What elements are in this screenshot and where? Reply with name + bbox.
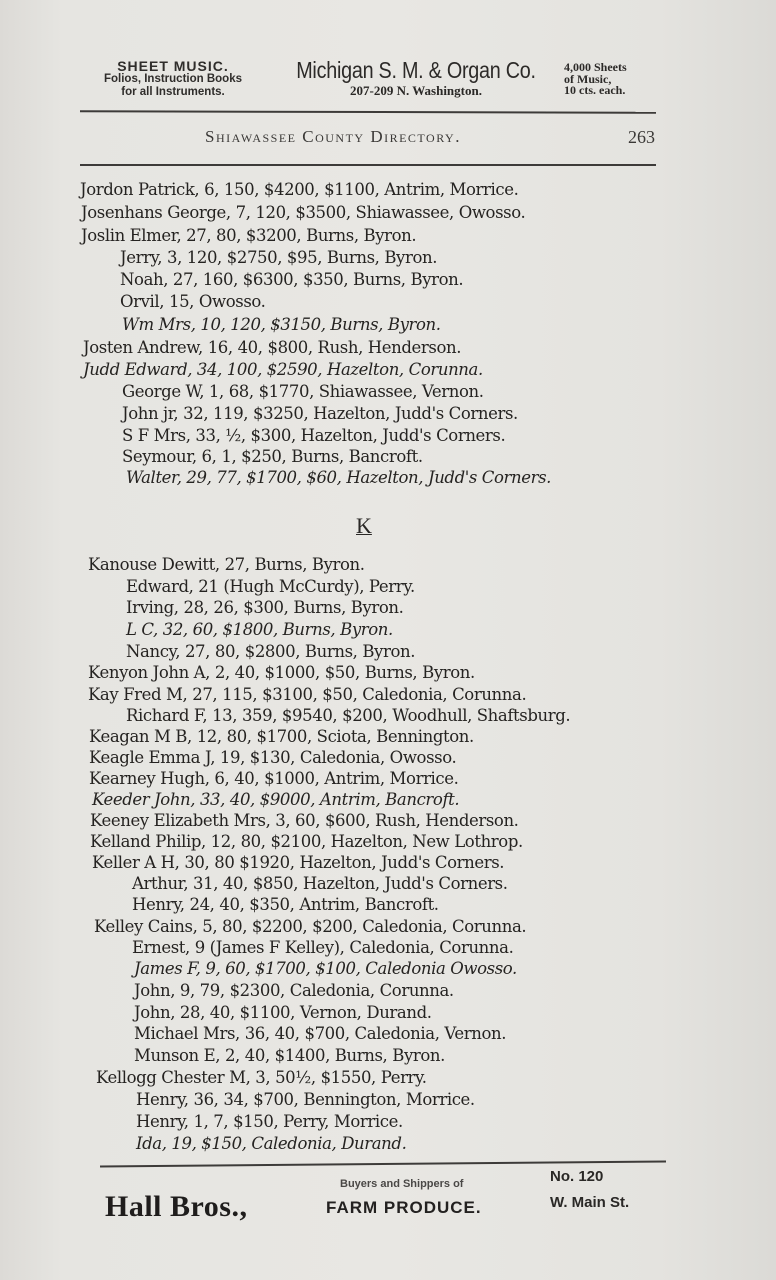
header-rule-top: [80, 110, 656, 113]
list-item: John jr, 32, 119, $3250, Hazelton, Judd'…: [122, 404, 518, 423]
list-item: Kenyon John A, 2, 40, $1000, $50, Burns,…: [88, 663, 475, 682]
header-ad-address: 207-209 N. Washington.: [276, 83, 556, 99]
list-item: Irving, 28, 26, $300, Burns, Byron.: [126, 598, 404, 617]
list-item: Henry, 36, 34, $700, Bennington, Morrice…: [136, 1090, 475, 1109]
list-item: Kay Fred M, 27, 115, $3100, $50, Caledon…: [88, 685, 526, 704]
list-item: Henry, 1, 7, $150, Perry, Morrice.: [136, 1112, 403, 1131]
list-item: Keller A H, 30, 80 $1920, Hazelton, Judd…: [92, 853, 504, 872]
list-item: Kearney Hugh, 6, 40, $1000, Antrim, Morr…: [89, 769, 458, 788]
header-rule-bottom: [80, 164, 656, 166]
footer-ad-address-line1: No. 120: [550, 1168, 603, 1185]
list-item: Keeder John, 33, 40, $9000, Antrim, Banc…: [92, 790, 459, 809]
list-item: Michael Mrs, 36, 40, $700, Caledonia, Ve…: [134, 1024, 506, 1043]
header-ad-left-line2: Folios, Instruction Books: [80, 73, 266, 86]
running-head-title: Shiawassee County Directory.: [205, 127, 461, 147]
list-item: Orvil, 15, Owosso.: [120, 292, 265, 311]
page-number: 263: [628, 127, 655, 148]
list-item: Kelley Cains, 5, 80, $2200, $200, Caledo…: [94, 917, 526, 936]
list-item: Kelland Philip, 12, 80, $2100, Hazelton,…: [90, 832, 523, 851]
header-advertisement: SHEET MUSIC. Folios, Instruction Books f…: [80, 60, 660, 105]
section-letter-k: K: [356, 513, 372, 539]
list-item: S F Mrs, 33, ½, $300, Hazelton, Judd's C…: [122, 426, 505, 445]
footer-rule: [100, 1161, 666, 1167]
list-item: George W, 1, 68, $1770, Shiawassee, Vern…: [122, 382, 484, 401]
list-item: Jordon Patrick, 6, 150, $4200, $1100, An…: [80, 180, 518, 199]
list-item: Judd Edward, 34, 100, $2590, Hazelton, C…: [83, 360, 483, 379]
header-ad-left: SHEET MUSIC. Folios, Instruction Books f…: [80, 60, 266, 99]
list-item: Keagan M B, 12, 80, $1700, Sciota, Benni…: [89, 727, 474, 746]
list-item: Wm Mrs, 10, 120, $3150, Burns, Byron.: [122, 315, 441, 334]
footer-ad-tagline: Buyers and Shippers of: [340, 1178, 463, 1190]
directory-page: SHEET MUSIC. Folios, Instruction Books f…: [0, 0, 776, 1280]
list-item: Keagle Emma J, 19, $130, Caledonia, Owos…: [89, 748, 456, 767]
list-item: John, 9, 79, $2300, Caledonia, Corunna.: [134, 981, 454, 1000]
header-ad-right-line3: 10 cts. each.: [564, 85, 664, 97]
list-item: Jerry, 3, 120, $2750, $95, Burns, Byron.: [120, 248, 437, 267]
footer-ad-address-line2: W. Main St.: [550, 1194, 629, 1211]
list-item: Kellogg Chester M, 3, 50½, $1550, Perry.: [96, 1068, 427, 1087]
list-item: Arthur, 31, 40, $850, Hazelton, Judd's C…: [132, 874, 508, 893]
list-item: Seymour, 6, 1, $250, Burns, Bancroft.: [122, 447, 423, 466]
footer-advertisement: Hall Bros., Buyers and Shippers of FARM …: [100, 1168, 670, 1228]
header-ad-brand: Michigan S. M. & Organ Co.: [296, 58, 537, 82]
header-ad-center: Michigan S. M. & Organ Co. 207-209 N. Wa…: [276, 58, 556, 99]
list-item: Richard F, 13, 359, $9540, $200, Woodhul…: [126, 706, 570, 725]
header-ad-left-line1: SHEET MUSIC.: [80, 60, 266, 73]
list-item: Keeney Elizabeth Mrs, 3, 60, $600, Rush,…: [90, 811, 519, 830]
list-item: Henry, 24, 40, $350, Antrim, Bancroft.: [132, 895, 439, 914]
header-ad-left-line3: for all Instruments.: [80, 86, 266, 99]
header-ad-right: 4,000 Sheets of Music, 10 cts. each.: [564, 62, 664, 97]
list-item: Josten Andrew, 16, 40, $800, Rush, Hende…: [83, 338, 461, 357]
list-item: Kanouse Dewitt, 27, Burns, Byron.: [88, 555, 365, 574]
list-item: Noah, 27, 160, $6300, $350, Burns, Byron…: [120, 270, 463, 289]
footer-ad-product: FARM PRODUCE.: [326, 1198, 482, 1218]
list-item: Joslin Elmer, 27, 80, $3200, Burns, Byro…: [81, 226, 416, 245]
list-item: Nancy, 27, 80, $2800, Burns, Byron.: [126, 642, 415, 661]
list-item: Edward, 21 (Hugh McCurdy), Perry.: [126, 577, 415, 596]
list-item: Munson E, 2, 40, $1400, Burns, Byron.: [134, 1046, 445, 1065]
list-item: Ernest, 9 (James F Kelley), Caledonia, C…: [132, 938, 513, 957]
list-item: Ida, 19, $150, Caledonia, Durand.: [136, 1134, 406, 1153]
list-item: L C, 32, 60, $1800, Burns, Byron.: [126, 620, 393, 639]
list-item: John, 28, 40, $1100, Vernon, Durand.: [134, 1003, 432, 1022]
list-item: Josenhans George, 7, 120, $3500, Shiawas…: [81, 203, 525, 222]
list-item: Walter, 29, 77, $1700, $60, Hazelton, Ju…: [126, 468, 551, 487]
footer-ad-name: Hall Bros.,: [105, 1190, 247, 1224]
list-item: James F, 9, 60, $1700, $100, Caledonia O…: [134, 959, 517, 978]
